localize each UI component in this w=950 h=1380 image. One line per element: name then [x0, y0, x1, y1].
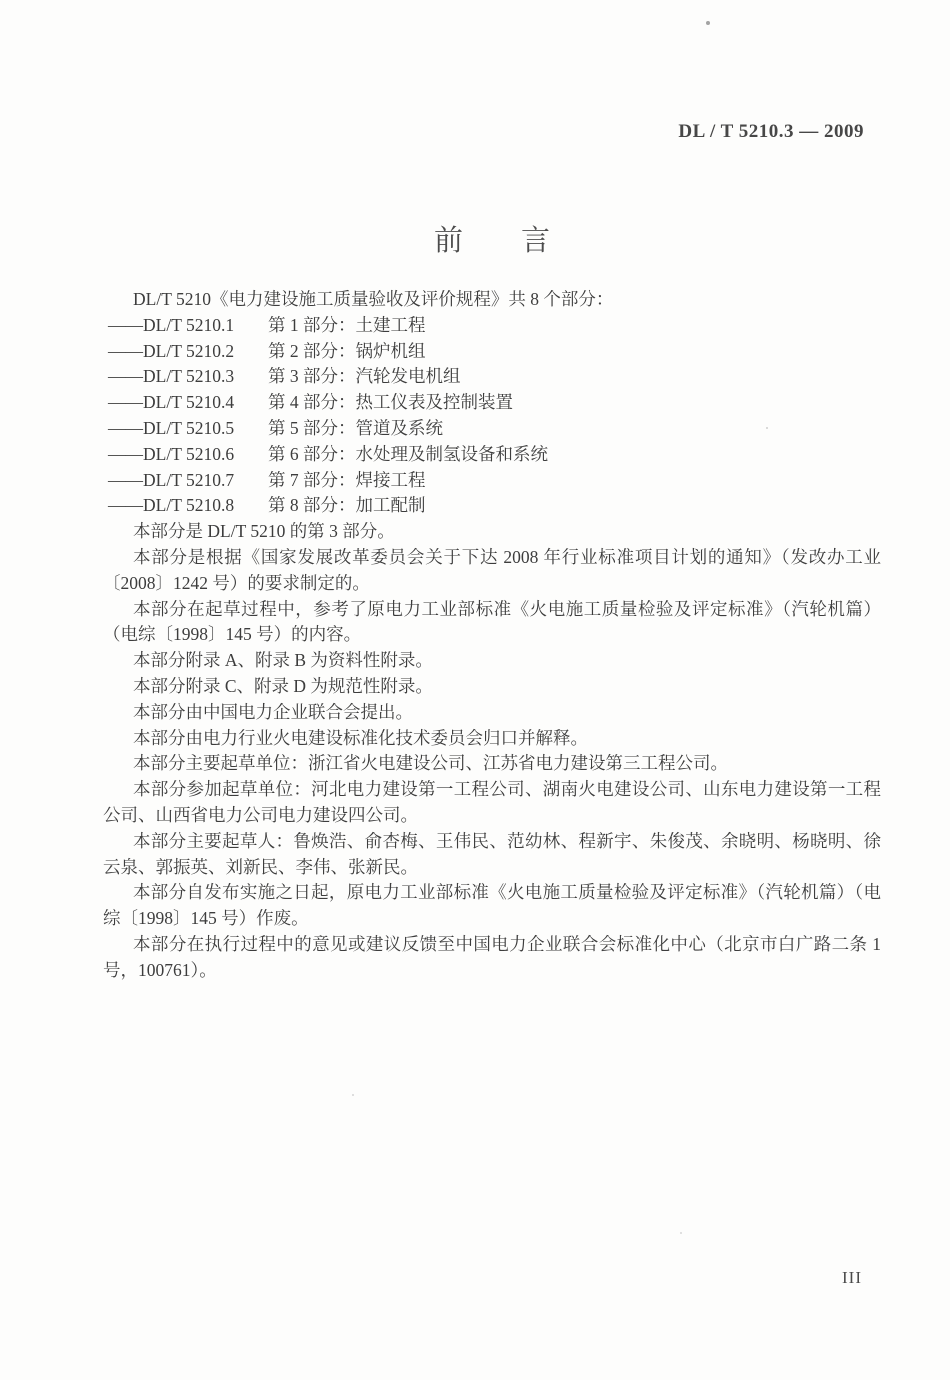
standard-part-name: 第 6 部分：水处理及制氢设备和系统 [268, 444, 548, 464]
standard-part-code: ——DL/T 5210.3 [108, 364, 268, 390]
page-number: III [842, 1268, 862, 1288]
foreword-paragraph: 本部分是根据《国家发展改革委员会关于下达 2008 年行业标准项目计划的通知》（… [103, 545, 881, 597]
standard-part-code: ——DL/T 5210.5 [108, 416, 268, 442]
scanned-document-page: DL / T 5210.3 — 2009 前 言 DL/T 5210《电力建设施… [0, 0, 950, 1380]
standard-part-name: 第 5 部分：管道及系统 [268, 418, 443, 438]
standard-number-header: DL / T 5210.3 — 2009 [678, 121, 864, 143]
standard-part-item: ——DL/T 5210.1第 1 部分：土建工程 [103, 313, 881, 339]
standard-part-item: ——DL/T 5210.2第 2 部分：锅炉机组 [103, 339, 881, 365]
foreword-paragraph: 本部分在执行过程中的意见或建议反馈至中国电力企业联合会标准化中心（北京市白广路二… [103, 932, 881, 984]
standard-part-code: ——DL/T 5210.7 [108, 468, 268, 494]
standard-part-item: ——DL/T 5210.5第 5 部分：管道及系统 [103, 416, 881, 442]
foreword-paragraph: 本部分由电力行业火电建设标准化技术委员会归口并解释。 [103, 726, 881, 752]
foreword-intro: DL/T 5210《电力建设施工质量验收及评价规程》共 8 个部分： [103, 287, 881, 313]
foreword-paragraph: 本部分附录 C、附录 D 为规范性附录。 [103, 674, 881, 700]
foreword-body: DL/T 5210《电力建设施工质量验收及评价规程》共 8 个部分： ——DL/… [103, 287, 881, 984]
standard-part-code: ——DL/T 5210.4 [108, 390, 268, 416]
standard-part-name: 第 2 部分：锅炉机组 [268, 341, 426, 361]
foreword-paragraph: 本部分自发布实施之日起，原电力工业部标准《火电施工质量检验及评定标准》（汽轮机篇… [103, 880, 881, 932]
standard-part-code: ——DL/T 5210.6 [108, 442, 268, 468]
standard-part-item: ——DL/T 5210.7第 7 部分：焊接工程 [103, 468, 881, 494]
foreword-paragraph: 本部分主要起草单位：浙江省火电建设公司、江苏省电力建设第三工程公司。 [103, 751, 881, 777]
standard-part-code: ——DL/T 5210.1 [108, 313, 268, 339]
standard-part-item: ——DL/T 5210.6第 6 部分：水处理及制氢设备和系统 [103, 442, 881, 468]
standard-parts-list: ——DL/T 5210.1第 1 部分：土建工程 ——DL/T 5210.2第 … [103, 313, 881, 519]
standard-part-item: ——DL/T 5210.3第 3 部分：汽轮发电机组 [103, 364, 881, 390]
standard-part-item: ——DL/T 5210.8第 8 部分：加工配制 [103, 493, 881, 519]
foreword-paragraph: 本部分由中国电力企业联合会提出。 [103, 700, 881, 726]
foreword-paragraphs: 本部分是 DL/T 5210 的第 3 部分。 本部分是根据《国家发展改革委员会… [103, 519, 881, 983]
standard-part-name: 第 4 部分：热工仪表及控制装置 [268, 392, 513, 412]
standard-part-name: 第 7 部分：焊接工程 [268, 470, 426, 490]
foreword-paragraph: 本部分在起草过程中，参考了原电力工业部标准《火电施工质量检验及评定标准》（汽轮机… [103, 597, 881, 649]
standard-part-item: ——DL/T 5210.4第 4 部分：热工仪表及控制装置 [103, 390, 881, 416]
foreword-paragraph: 本部分参加起草单位：河北电力建设第一工程公司、湖南火电建设公司、山东电力建设第一… [103, 777, 881, 829]
foreword-paragraph: 本部分主要起草人：鲁焕浩、俞杏梅、王伟民、范幼林、程新宇、朱俊茂、余晓明、杨晓明… [103, 829, 881, 881]
standard-part-name: 第 3 部分：汽轮发电机组 [268, 366, 461, 386]
scan-noise-specks [0, 0, 2, 2]
standard-part-code: ——DL/T 5210.8 [108, 493, 268, 519]
foreword-paragraph: 本部分是 DL/T 5210 的第 3 部分。 [103, 519, 881, 545]
standard-part-name: 第 1 部分：土建工程 [268, 315, 426, 335]
foreword-paragraph: 本部分附录 A、附录 B 为资料性附录。 [103, 648, 881, 674]
standard-part-code: ——DL/T 5210.2 [108, 339, 268, 365]
standard-part-name: 第 8 部分：加工配制 [268, 495, 426, 515]
page-title: 前 言 [103, 218, 881, 259]
